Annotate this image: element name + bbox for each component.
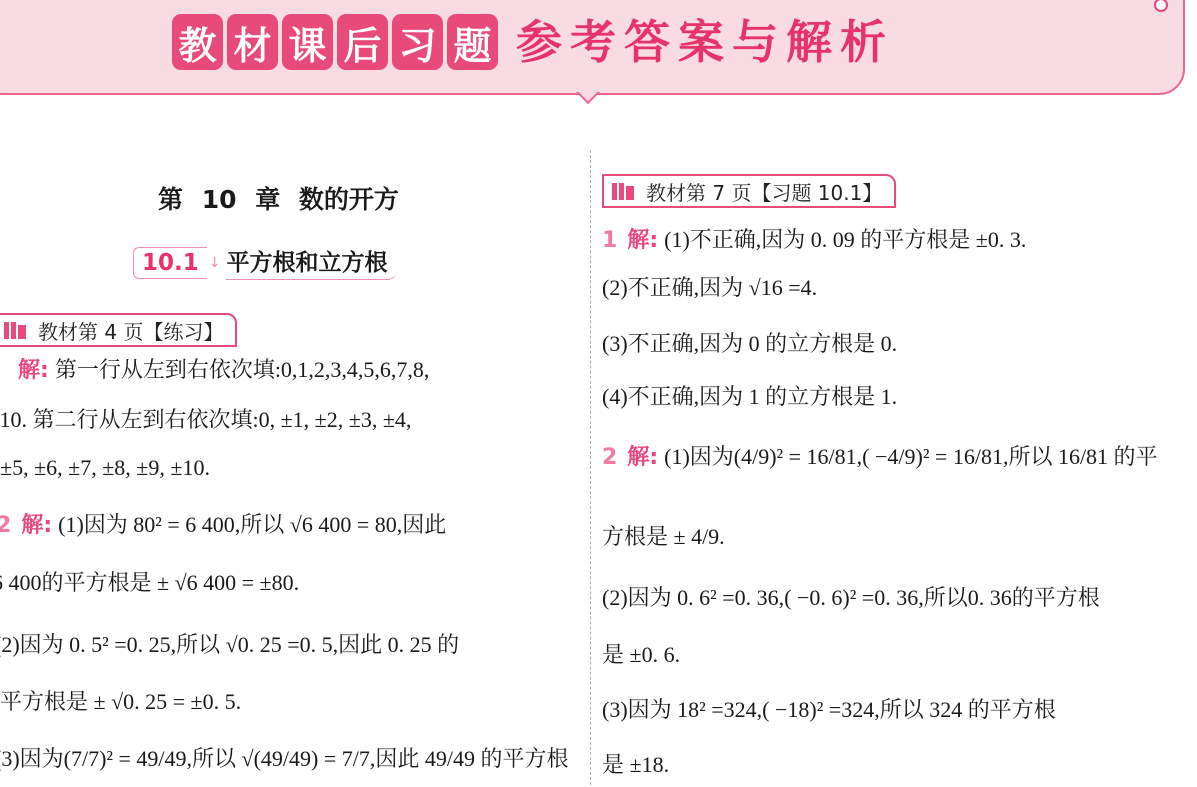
answer-line: ,10. 第二行从左到右依次填:0, ±1, ±2, ±3, ±4, (0, 405, 411, 435)
exercise-tag: 教材第 4 页【练习】 (0, 313, 237, 347)
answer-line: (2)不正确,因为 √16 =4. (602, 273, 817, 303)
section-heading: 10.1 ↓ 平方根和立方根 (133, 245, 397, 281)
answer-line: (3)不正确,因为 0 的立方根是 0. (602, 329, 897, 359)
book-marker-icon (4, 322, 26, 339)
answer-line: 方根是 ± 4/9. (602, 522, 725, 552)
answer-line: 2解:(1)因为(4/9)² = 16/81,( −4/9)² = 16/81,… (602, 442, 1158, 473)
book-marker-icon (612, 183, 634, 200)
answer-line: 1解:(1)不正确,因为 0. 09 的平方根是 ±0. 3. (602, 225, 1026, 256)
solution-label: 解: (627, 228, 658, 253)
solution-label: 解: (627, 445, 658, 470)
chapter-title: 第 10 章 数的开方 (158, 180, 399, 216)
answer-line: (2)因为 0. 5² =0. 25,所以 √0. 25 =0. 5,因此 0.… (0, 630, 459, 660)
question-number: 2 (602, 445, 617, 470)
exercise-tag-label: 教材第 4 页【练习】 (38, 316, 223, 345)
down-arrow-icon: ↓ (209, 255, 221, 271)
answer-line: 是 ±0. 6. (602, 640, 680, 670)
section-name: 平方根和立方根 (226, 247, 397, 280)
question-number: 2 (0, 513, 11, 538)
banner-title: 教 材 课 后 习 题 参考答案与解析 (172, 10, 894, 74)
column-divider (590, 150, 591, 787)
answer-line: 解:第一行从左到右依次填:0,1,2,3,4,5,6,7,8, (18, 355, 429, 386)
answer-line: (4)不正确,因为 1 的立方根是 1. (602, 382, 897, 412)
exercise-tag: 教材第 7 页【习题 10.1】 (602, 174, 896, 208)
answer-line: (3)因为 18² =324,( −18)² =324,所以 324 的平方根 (602, 695, 1056, 725)
title-tile: 课 (282, 14, 333, 70)
question-number: 1 (602, 228, 617, 253)
title-tile: 后 (337, 14, 388, 70)
solution-label: 解: (21, 513, 52, 538)
answer-line: 6 400的平方根是 ± √6 400 = ±80. (0, 568, 299, 598)
answer-line: (3)因为(7/7)² = 49/49,所以 √(49/49) = 7/7,因此… (0, 744, 569, 774)
answer-line: 是 ±18. (602, 750, 669, 780)
solution-label: 解: (18, 358, 49, 383)
answer-line: ±5, ±6, ±7, ±8, ±9, ±10. (0, 453, 210, 483)
exercise-tag-label: 教材第 7 页【习题 10.1】 (646, 177, 882, 206)
banner-notch (574, 92, 600, 110)
title-tile: 习 (392, 14, 443, 70)
title-tile: 材 (227, 14, 278, 70)
answer-line: 平方根是 ± √0. 25 = ±0. 5. (0, 687, 241, 717)
title-tile: 教 (172, 14, 223, 70)
answer-line: 2解:(1)因为 80² = 6 400,所以 √6 400 = 80,因此 (0, 510, 446, 541)
section-number: 10.1 (133, 247, 207, 279)
title-tile: 题 (447, 14, 498, 70)
banner-subtitle: 参考答案与解析 (516, 14, 894, 70)
answer-line: (2)因为 0. 6² =0. 36,( −0. 6)² =0. 36,所以0.… (602, 583, 1100, 613)
